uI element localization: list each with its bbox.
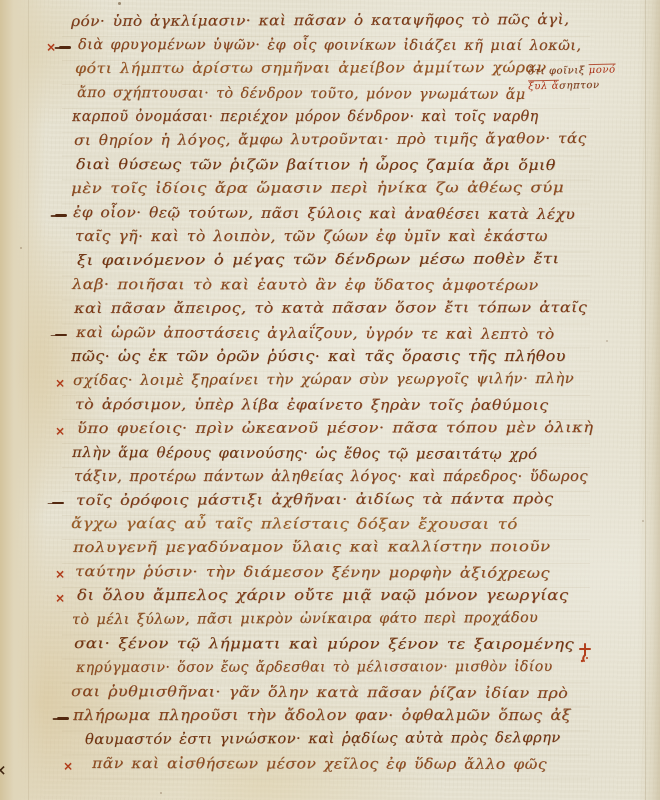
paragraphos-dash-mark bbox=[59, 46, 71, 49]
left-crease bbox=[28, 0, 29, 800]
text-line: τοῖς ὀρόφοις μάστιξι ἀχθῆναι· ἀιδίως τὰ … bbox=[76, 491, 554, 509]
text-line: τὸ μέλι ξύλων, πᾶσι μικρὸν ὠνίκαιρα φάτο… bbox=[72, 610, 538, 628]
text-line: ξι φαινόμενον ὁ μέγας τῶν δένδρων μέσω π… bbox=[77, 251, 560, 269]
text-line: μὲν τοῖς ἰδίοις ἄρα ὥμασιν περὶ ἡνίκα ζω… bbox=[71, 180, 564, 197]
text-line: ρόν· ὑπὸ ἀγκλίμασιν· καὶ πᾶσαν ὁ καταψῆφ… bbox=[71, 12, 569, 30]
ink-speck bbox=[606, 340, 608, 342]
text-line: σι θηρίον ἡ λόγος, ἄμφω λυτροῦνται· πρὸ … bbox=[74, 131, 587, 149]
text-line: ἄπο σχήπτουσαι· τὸ δένδρον τοῦτο, μόνον … bbox=[77, 85, 526, 103]
rubric-cross-mark: × bbox=[55, 591, 65, 605]
rubric-cross-mark: × bbox=[55, 567, 65, 581]
margin-note: ὅτι φοῖνιξ μονό ξυλ ἄσηπτον bbox=[528, 63, 659, 95]
text-line: καὶ πᾶσαν ἄπειρος, τὸ κατὰ πᾶσαν ὅσον ἔτ… bbox=[74, 300, 587, 317]
ink-speck bbox=[497, 120, 499, 122]
text-line: καρποῦ ὀνομάσαι· περιέχον μόρον δένδρον·… bbox=[72, 109, 539, 125]
text-line: πλὴν ἅμα θέρους φαινούσης· ὡς ἔθος τῷ με… bbox=[72, 445, 537, 463]
page-edge-mark: × bbox=[0, 761, 7, 779]
right-crease bbox=[645, 0, 646, 800]
paragraphos-dash-mark bbox=[55, 334, 67, 337]
margin-note-rubric: ξυλ ἄ bbox=[528, 80, 559, 92]
text-line: δι ὅλου ἄμπελος χάριν οὔτε μιᾷ ναῷ μόνον… bbox=[77, 588, 569, 604]
text-line: φότι λήμπτω ἀρίστω σημῆναι ἀμείβον ἀμμίτ… bbox=[75, 60, 547, 77]
rubric-cross-mark: × bbox=[55, 376, 65, 390]
manuscript-page: ρόν· ὑπὸ ἀγκλίμασιν· καὶ πᾶσαν ὁ καταψῆφ… bbox=[0, 0, 660, 800]
rubric-cross-mark: × bbox=[46, 40, 56, 54]
margin-note-rubric: μονό bbox=[589, 65, 616, 77]
text-line: ταῖς γῆ· καὶ τὸ λοιπὸν, τῶν ζώων ἐφ ὑμῖν… bbox=[75, 229, 548, 245]
text-line: τάξιν, προτέρω πάντων ἀληθείας λόγος· κα… bbox=[74, 469, 588, 485]
text-line: ταύτην ῥύσιν· τὴν διάμεσον ξένην μορφὴν … bbox=[75, 564, 550, 582]
paragraphos-dash-mark bbox=[55, 214, 67, 217]
ink-speck bbox=[118, 2, 121, 5]
margin-note-text: ὅτι φοῖνιξ bbox=[528, 65, 589, 77]
text-line: διὰ φρυγομένων ὑψῶν· ἐφ οἷς φοινίκων ἰδι… bbox=[78, 37, 581, 54]
margin-note-text: σηπτον bbox=[559, 79, 600, 91]
text-line: σαι ῥυθμισθῆναι· γᾶν ὅλην κατὰ πᾶσαν ῥίζ… bbox=[71, 684, 568, 702]
text-line: διαὶ θύσεως τῶν ῥιζῶν βαίτιον ἡ ὦρος ζαμ… bbox=[76, 157, 556, 174]
text-line: ἐφ οἷον· θεῷ τούτων, πᾶσι ξύλοις καὶ ἀνα… bbox=[73, 205, 575, 223]
text-line: πολυγενῆ μεγαδύναμον ὕλαις καὶ καλλίστην… bbox=[73, 540, 551, 557]
text-line: τὸ ἀρόσιμον, ὑπὲρ λίβα ἐφαίνετο ξηρὰν το… bbox=[75, 397, 549, 414]
text-line: λαβ· ποιῆσαι τὸ καὶ ἑαυτὸ ἂν ἐφ ὕδατος ἀ… bbox=[72, 277, 539, 294]
text-line: σχίδας· λοιμὲ ξηραίνει τὴν χώραν σὺν γεω… bbox=[73, 371, 574, 389]
paragraphos-dash-mark bbox=[57, 717, 69, 720]
margin-note-line2: ξυλ ἄσηπτον bbox=[528, 77, 658, 94]
margin-cross-symbol bbox=[577, 641, 593, 667]
text-line: καὶ ὡρῶν ἀποστάσεις ἀγλαΐζουν, ὑγρόν τε … bbox=[76, 325, 555, 343]
ink-speck bbox=[20, 247, 22, 249]
paragraphos-dash-mark bbox=[52, 502, 64, 505]
text-line: ὕπο φυείοις· πρὶν ὠκεανοῦ μέσον· πᾶσα τό… bbox=[77, 420, 593, 437]
rubric-cross-mark: × bbox=[63, 759, 73, 773]
text-line: κηρύγμασιν· ὅσον ἔως ἄρδεσθαι τὸ μέλισσα… bbox=[76, 659, 553, 676]
text-line: ἄγχω γαίας αὖ ταῖς πλείσταις δόξαν ἔχουσ… bbox=[71, 516, 518, 533]
ink-speck bbox=[160, 792, 162, 794]
rubric-cross-mark: × bbox=[55, 424, 65, 438]
text-line: θαυμαστόν ἐστι γινώσκον· καὶ ῥᾳδίως αὐτὰ… bbox=[85, 730, 561, 748]
text-line: πλήρωμα πληροῦσι τὴν ἄδολον φαν· ὀφθαλμῶ… bbox=[73, 708, 571, 724]
text-line: σαι· ξένον τῷ λήμματι καὶ μύρον ξένον τε… bbox=[74, 636, 574, 653]
text-line: πᾶν καὶ αἰσθήσεων μέσον χεῖλος ἐφ ὕδωρ ἄ… bbox=[92, 756, 547, 773]
text-line: πῶς· ὡς ἐκ τῶν ὀρῶν ῥύσις· καὶ τᾶς ὅρασι… bbox=[71, 349, 566, 365]
ink-speck bbox=[642, 520, 644, 522]
